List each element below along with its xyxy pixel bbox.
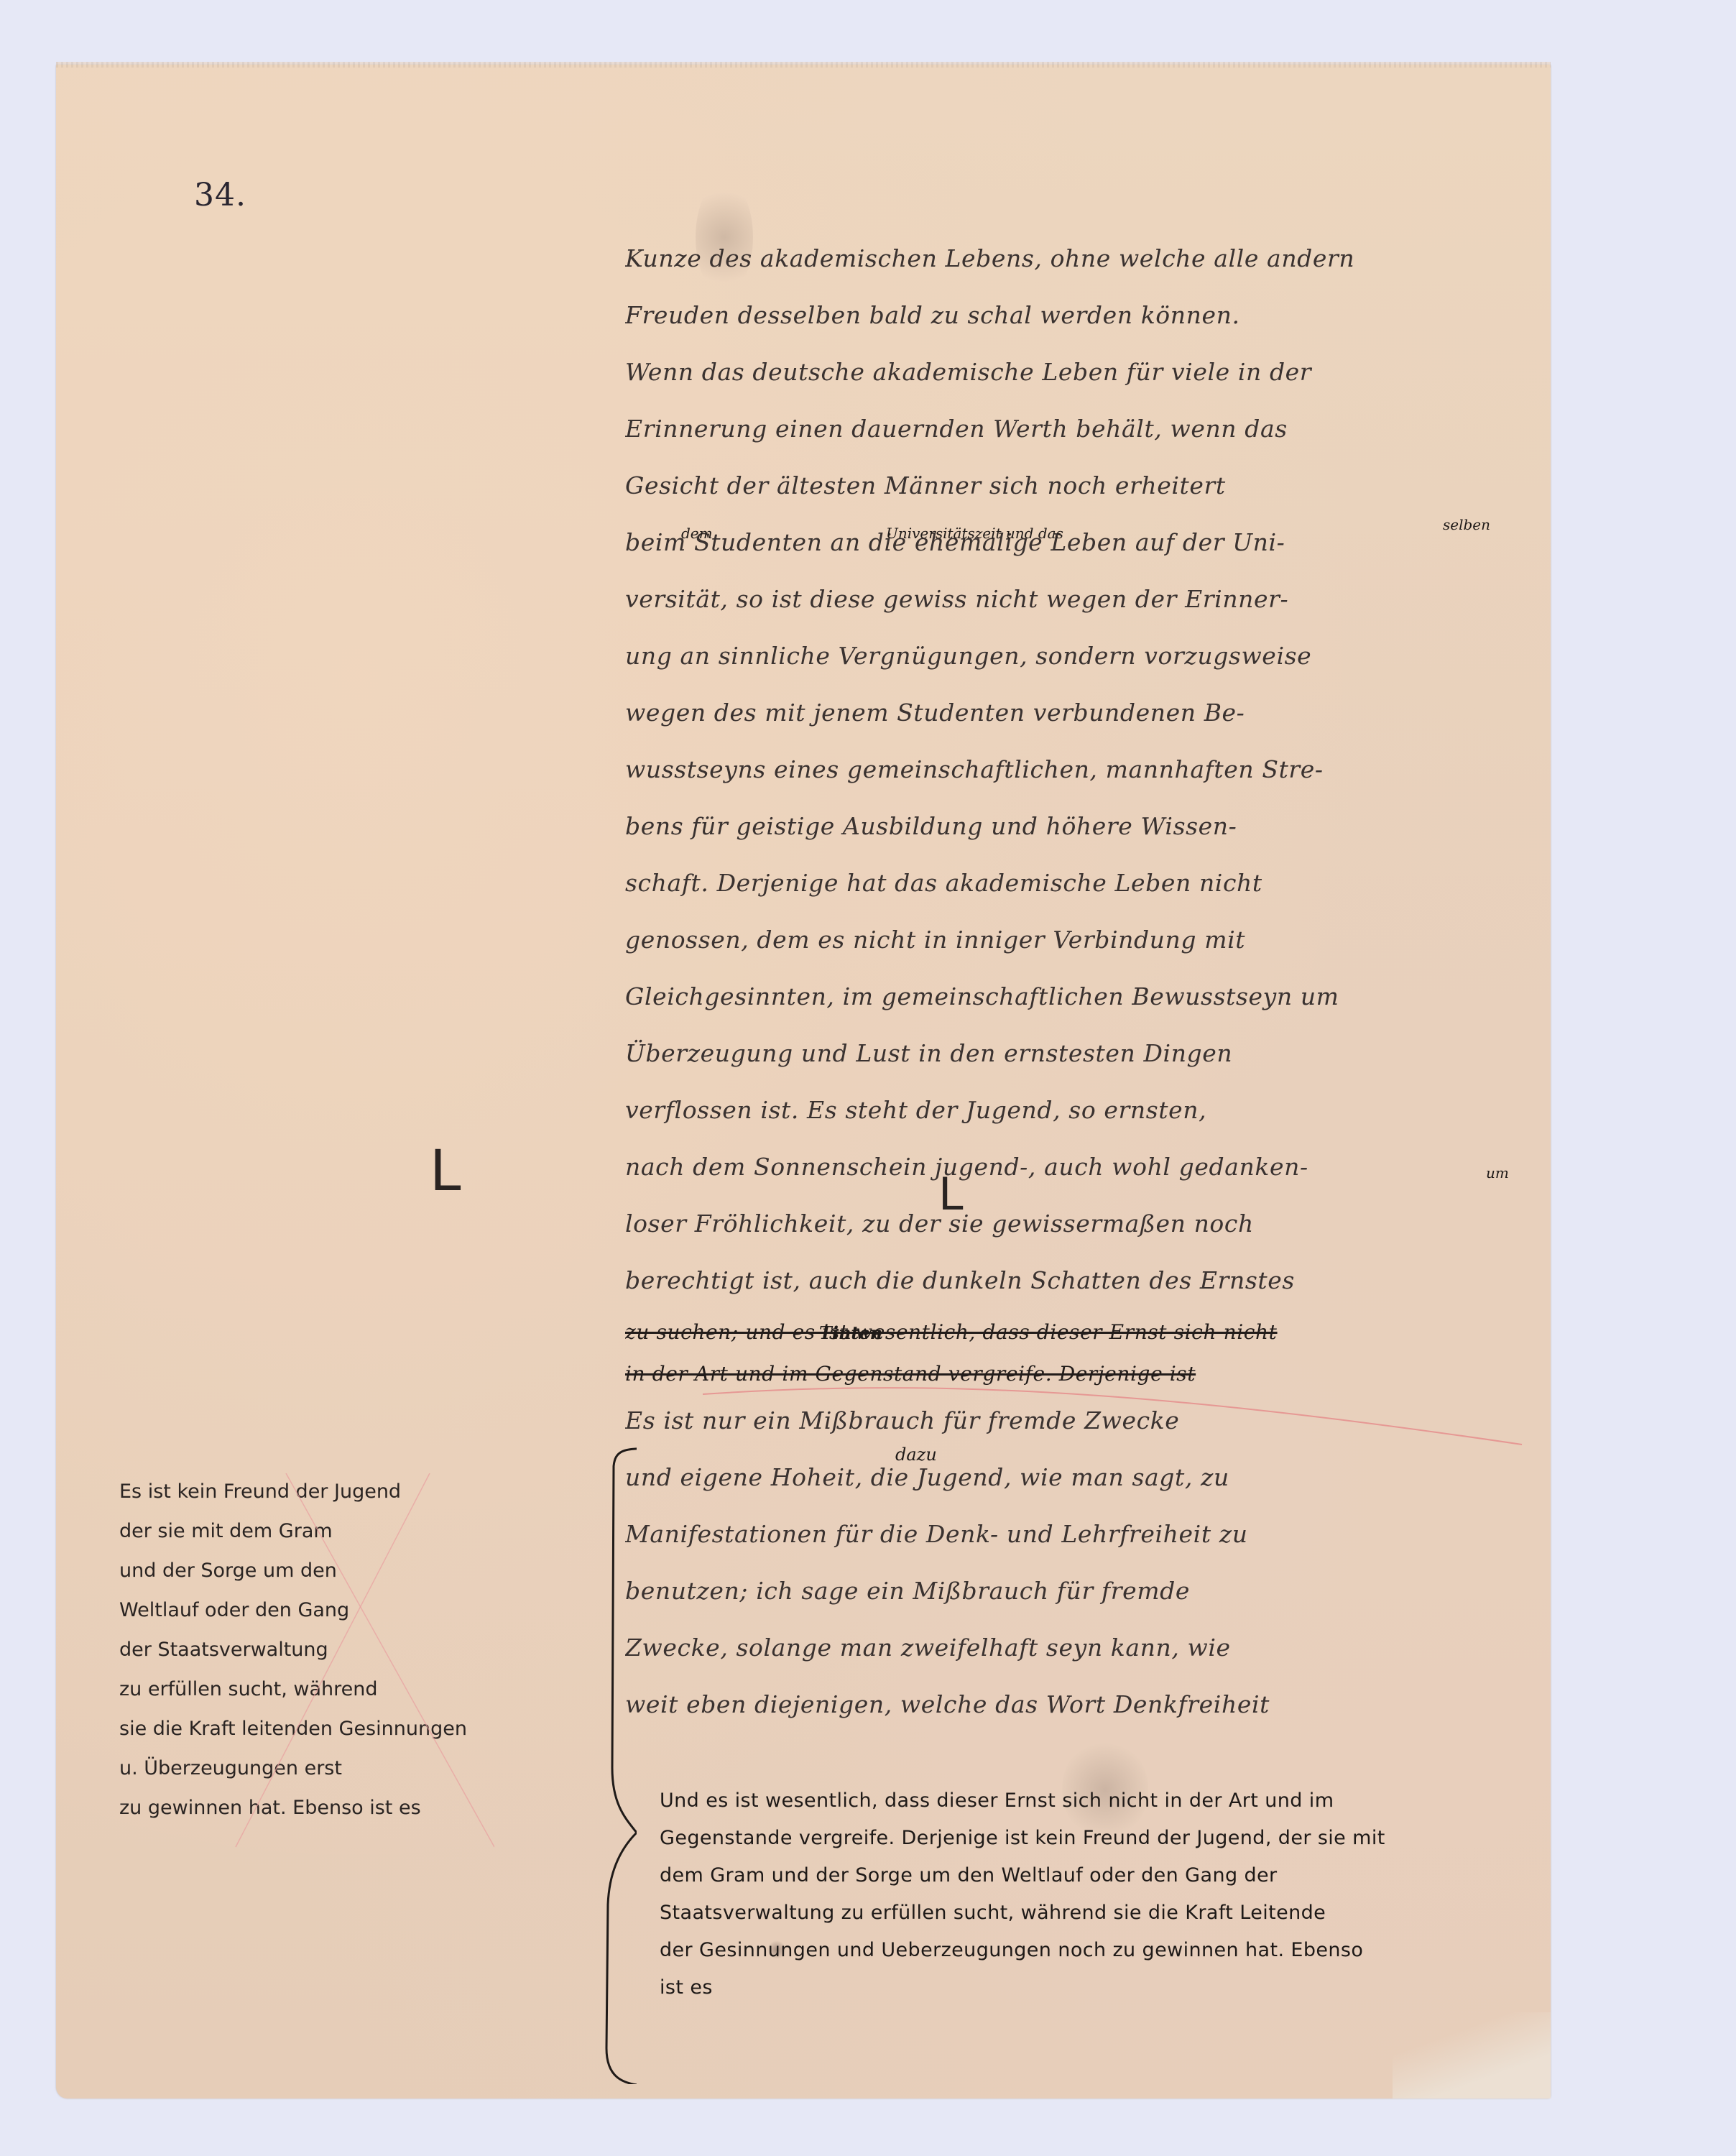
text-line: genossen, dem es nicht in inniger Verbin… [625,911,1401,968]
insertion-note: dazu [895,1445,937,1465]
text-line: Gesicht der ältesten Männer sich noch er… [625,457,1401,514]
struck-text-line: in der Art und im Gegenstand vergreife. … [625,1356,1401,1392]
text-line: benutzen; ich sage ein Mißbrauch für fre… [625,1562,1401,1619]
text-line: loser Fröhlichkeit, zu der sie gewisserm… [625,1195,1401,1252]
text-line: Kunze des akademischen Lebens, ohne welc… [625,230,1401,287]
margin-note: Es ist kein Freund der Jugend der sie mi… [119,1472,615,1828]
text-line: ung an sinnliche Vergnügungen, sondern v… [625,627,1401,684]
insertion-mark-text: L [938,1168,964,1220]
page-number: 34. [194,177,246,213]
insertion-note: Tinten [819,1322,882,1343]
late-addition-block: Und es ist wesentlich, dass dieser Ernst… [660,1782,1407,2007]
late-addition-line: der Gesinnungen und Ueberzeugungen noch … [660,1932,1407,1969]
text-line: Überzeugung und Lust in den ernstesten D… [625,1025,1401,1082]
margin-note-line: der Staatsverwaltung [119,1630,615,1669]
struck-text-line: zu suchen; und es ist wesentlich, dass d… [625,1309,1401,1356]
text-line: und eigene Hoheit, die Jugend, wie man s… [625,1449,1401,1506]
late-addition-line: Staatsverwaltung zu erfüllen sucht, währ… [660,1894,1407,1932]
margin-note-line: sie die Kraft leitenden Gesinnungen [119,1709,615,1749]
late-addition-line: Gegenstande vergreife. Derjenige ist kei… [660,1820,1407,1857]
text-line: berechtigt ist, auch die dunkeln Schatte… [625,1252,1401,1309]
text-line: Gleichgesinnten, im gemeinschaftlichen B… [625,968,1401,1025]
margin-note-line: zu erfüllen sucht, während [119,1669,615,1709]
worn-corner [1393,2012,1551,2099]
text-line: Wenn das deutsche akademische Leben für … [625,344,1401,400]
text-line: beim Studenten an die ehemalige Leben au… [625,514,1401,571]
late-addition-line: Und es ist wesentlich, dass dieser Ernst… [660,1782,1407,1820]
insertion-note: dem [681,525,713,542]
text-line: verflossen ist. Es steht der Jugend, so … [625,1082,1401,1138]
margin-note-line: Es ist kein Freund der Jugend [119,1472,615,1511]
text-line: nach dem Sonnenschein jugend-, auch wohl… [625,1138,1401,1195]
text-line: weit eben diejenigen, welche das Wort De… [625,1676,1401,1733]
insertion-note: Universitätszeit und das [886,525,1063,542]
margin-note-line: der sie mit dem Gram [119,1511,615,1551]
text-line: Manifestationen für die Denk- und Lehrfr… [625,1506,1401,1562]
late-addition-line: dem Gram und der Sorge um den Weltlauf o… [660,1857,1407,1894]
text-line: Zwecke, solange man zweifelhaft seyn kan… [625,1619,1401,1676]
insertion-note: um [1486,1164,1509,1181]
text-line: versität, so ist diese gewiss nicht wege… [625,571,1401,627]
insertion-mark-margin: L [430,1139,461,1204]
insertion-note: selben [1443,516,1490,533]
text-line: Freuden desselben bald zu schal werden k… [625,287,1401,344]
brace-line [594,1445,637,2084]
main-text-column: Kunze des akademischen Lebens, ohne welc… [625,230,1401,1733]
torn-top-edge [56,62,1551,68]
margin-note-line: Weltlauf oder den Gang [119,1590,615,1630]
text-line: wegen des mit jenem Studenten verbundene… [625,684,1401,741]
text-line: wusstseyns eines gemeinschaftlichen, man… [625,741,1401,798]
margin-note-line: zu gewinnen hat. Ebenso ist es [119,1788,615,1828]
text-line: Erinnerung einen dauernden Werth behält,… [625,400,1401,457]
margin-note-line: u. Überzeugungen erst [119,1749,615,1788]
margin-note-line: und der Sorge um den [119,1551,615,1590]
text-line: Es ist nur ein Mißbrauch für fremde Zwec… [625,1392,1401,1449]
text-line: bens für geistige Ausbildung und höhere … [625,798,1401,854]
late-addition-line: ist es [660,1969,1407,2007]
manuscript-page: 34. Kunze des akademischen Lebens, ohne … [56,65,1551,2099]
text-line: schaft. Derjenige hat das akademische Le… [625,854,1401,911]
